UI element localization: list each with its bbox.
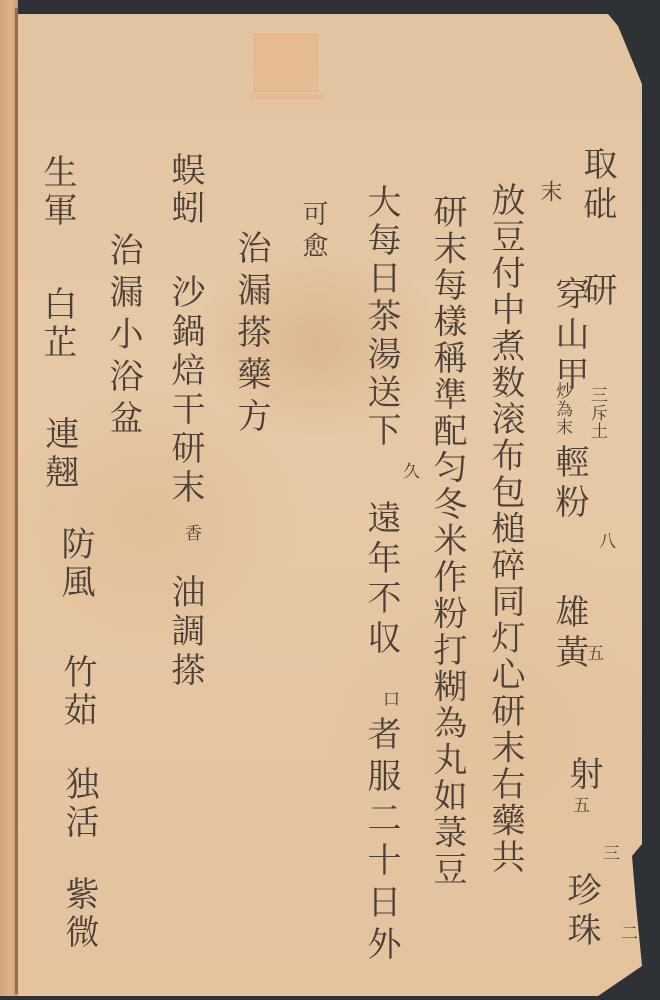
ingredient-chuanshanjia: 穿山甲 [549,276,589,396]
column-6: 可愈 [300,200,326,264]
ingredient-baizhi: 白芷 [40,286,74,362]
recipe-heading-zhilou-chayao: 治漏搽藥方 [234,230,268,440]
column-2-note-b: 炒為末 [553,382,570,436]
ingredient-shengjun: 生軍 [40,154,74,230]
ingredient-fangfeng: 防風 [58,526,92,602]
column-2-note-f: 三 [600,844,617,862]
library-seal-stamp [254,34,318,92]
ingredient-qingfen: 輕粉 [552,444,586,524]
column-2: 穿山甲 [552,276,586,396]
column-2-note-a: 三斥土 [588,386,605,440]
ingredient-zhenzhu: 珍珠 [564,872,598,952]
column-8b: 沙鍋焙干研末 [168,274,202,508]
column-2-note-e: 五 [570,796,587,814]
recipe-heading-zhilou-xiaoyupen: 治漏小浴盆 [106,232,140,442]
seal-caption [250,94,324,99]
column-2-note-d: 五 [584,644,601,662]
ingredient-xionghuang: 雄黃 [552,594,586,674]
ingredient-lianqiao: 連翹 [42,416,76,492]
ingredient-wuyin: 蜈蚓 [165,152,205,228]
column-5c: 者服二十日外 [364,716,398,968]
ingredient-ziwei: 紫微 [62,876,96,952]
column-8c: 油調搽 [168,574,202,691]
ingredient-duhuo: 独活 [62,766,96,842]
column-8a: 蜈蚓 [168,152,202,228]
ingredient-zhuru: 竹茹 [60,654,94,730]
column-2-note-g: 二 [618,924,635,942]
column-8-note: 香 [182,524,199,542]
column-3: 放豆付中煮数滚布包槌碎同灯心研末右藥共 [488,182,522,876]
column-5b: 遠年不収 [364,500,398,660]
book-gutter [15,8,18,994]
column-2-note-c: 八 [596,532,613,550]
column-5-note: 久 [400,462,417,480]
column-4: 研末每樣稱準配匀冬米作粉打糊為丸如菉豆 [430,194,464,888]
column-3-top: 末 [538,180,560,208]
column-5-note-b: 口 [380,690,397,708]
column-5a: 大每日茶湯送下 [364,184,398,450]
manuscript-page: 取砒 研 穿山甲 三斥土 炒為末 輕粉 八 雄黃 五 射 五 三 珍珠 二 末 … [18,14,642,996]
ingredient-she: 射 [566,756,600,796]
